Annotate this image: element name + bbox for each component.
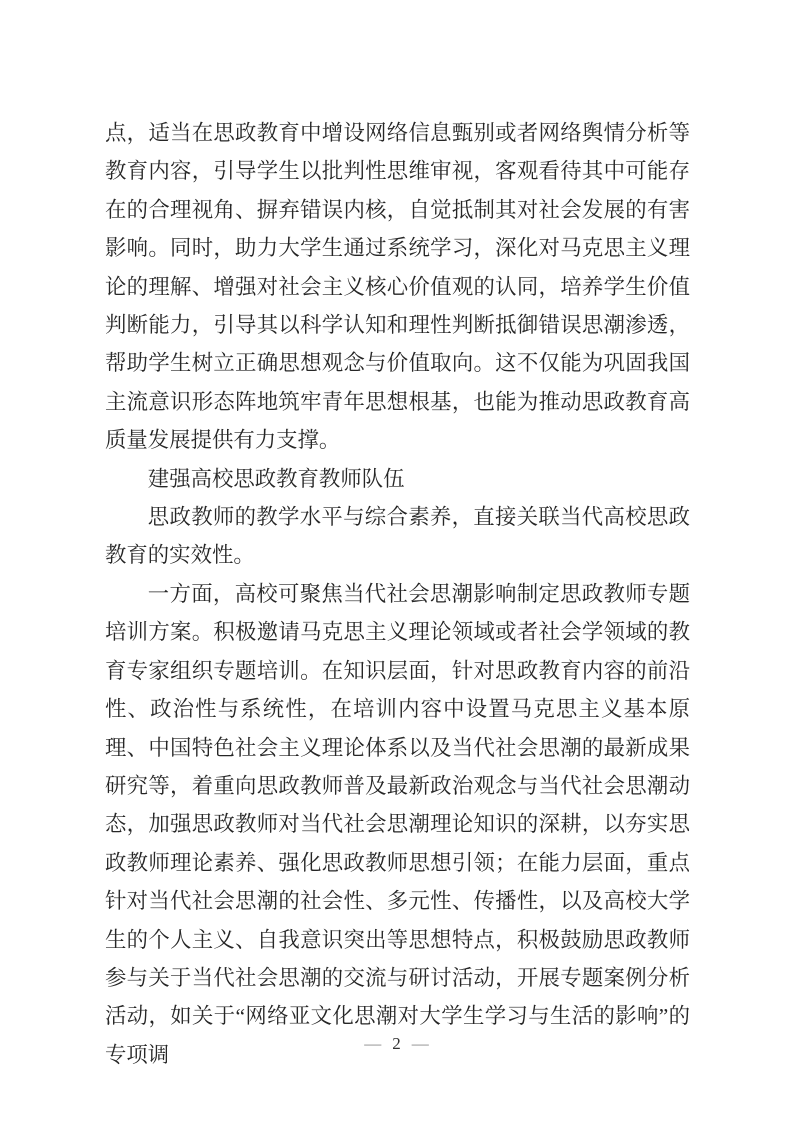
document-page: 点，适当在思政教育中增设网络信息甄别或者网络舆情分析等教育内容，引导学生以批判性… xyxy=(0,0,793,1122)
paragraph: 点，适当在思政教育中增设网络信息甄别或者网络舆情分析等教育内容，引导学生以批判性… xyxy=(105,114,690,460)
footer-left-dash: — xyxy=(364,1033,381,1055)
footer-right-dash: — xyxy=(412,1033,429,1055)
paragraph: 思政教师的教学水平与综合素养，直接关联当代高校思政教育的实效性。 xyxy=(105,498,690,575)
section-heading: 建强高校思政教育教师队伍 xyxy=(105,460,690,498)
page-footer: — 2 — xyxy=(0,1033,793,1055)
footer-page-number: 2 xyxy=(392,1033,401,1055)
document-body: 点，适当在思政教育中增设网络信息甄别或者网络舆情分析等教育内容，引导学生以批判性… xyxy=(105,114,690,1074)
paragraph: 一方面，高校可聚焦当代社会思潮影响制定思政教师专题培训方案。积极邀请马克思主义理… xyxy=(105,575,690,1074)
